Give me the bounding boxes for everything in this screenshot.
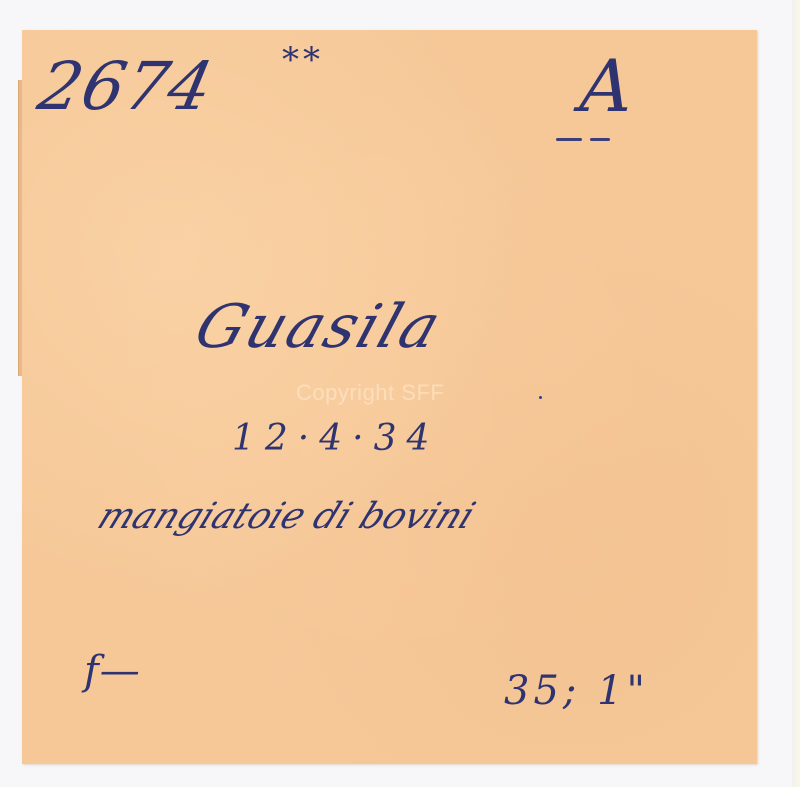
collection-date: 12·4·34 [232,418,439,459]
locality-name: Guasila [187,292,451,362]
bottom-right-note: 35; 1" [504,668,649,714]
bottom-left-mark: f— [84,648,141,694]
copyright-watermark: Copyright SFF [296,380,444,406]
catalog-star-marks: ** [282,40,324,80]
series-underline [556,138,616,141]
catalog-number: 2674 [32,48,220,125]
ink-dot [539,396,542,399]
background-sheet-edge [792,0,800,787]
habitat-note: mangiatoie di bovini [92,496,481,537]
